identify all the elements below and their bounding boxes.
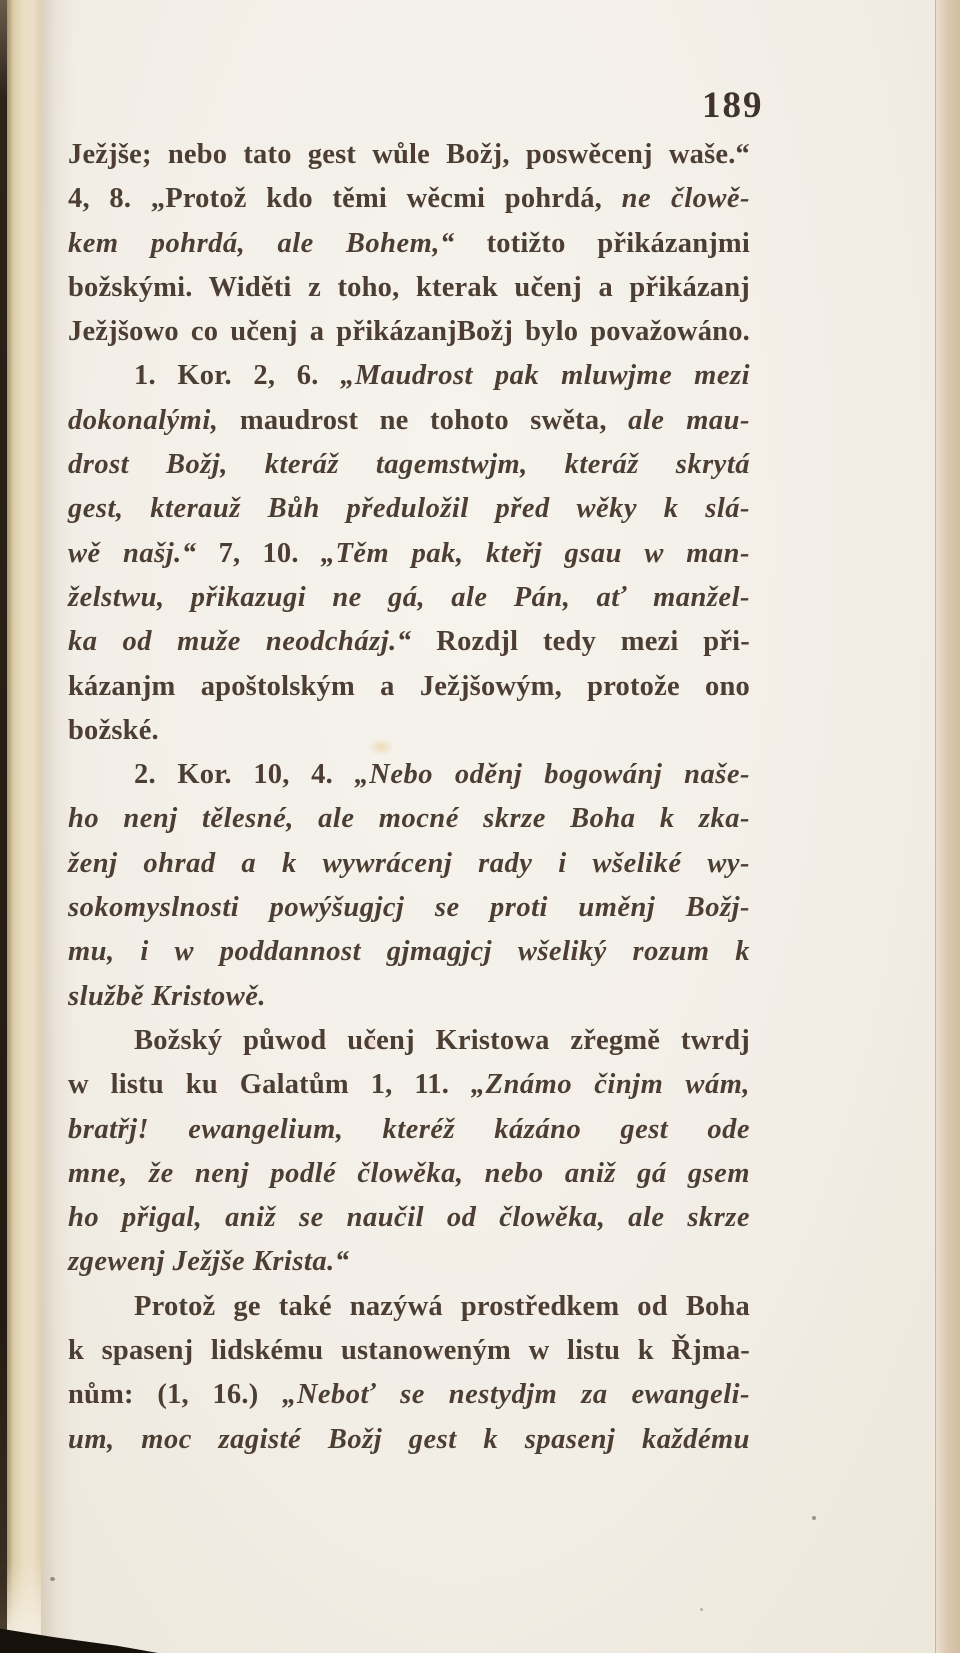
quote-text-run: kem pohrdá, ale Bohem,“: [68, 228, 455, 259]
quote-text-run: zgewenj Ježjše Krista.“: [68, 1246, 349, 1277]
text-line: mne, že nenj podlé člowěka, nebo aniž gá…: [68, 1152, 750, 1196]
book-page-scan: 189 Ježjše; nebo tato gest wůle Božj, po…: [0, 0, 960, 1653]
text-line: 1. Kor. 2, 6. „Maudrost pak mluwjme mezi: [68, 354, 750, 398]
quote-text-run: „Nebo oděnj bogowánj naše-: [355, 759, 750, 790]
text-line: dokonalými, maudrost ne tohoto swěta, al…: [68, 399, 750, 443]
quote-text-run: ženj ohrad a k wywrácenj rady i wšeliké …: [68, 848, 750, 879]
quote-text-run: bratřj! ewangelium, kteréž kázáno gest o…: [68, 1114, 750, 1145]
quote-text-run: „Těm pak, kteřj gsau w man-: [321, 538, 750, 569]
text-line: 2. Kor. 10, 4. „Nebo oděnj bogowánj naše…: [68, 753, 750, 797]
quote-text-run: „Známo činjm wám,: [471, 1069, 750, 1100]
text-line: wě našj.“ 7, 10. „Těm pak, kteřj gsau w …: [68, 532, 750, 576]
quote-text-run: dokonalými,: [68, 405, 218, 436]
body-text-run: Rozdjl tedy mezi při-: [436, 626, 750, 657]
page-edge-left: [7, 0, 41, 1653]
text-line: nům: (1, 16.) „Neboť se nestydjm za ewan…: [68, 1373, 750, 1417]
body-text-run: Ježjše; nebo tato gest wůle Božj, poswěc…: [68, 139, 750, 170]
text-line: kázanjm apoštolským a Ježjšowým, protože…: [68, 665, 750, 709]
text-line: božskými. Widěti z toho, kterak učenj a …: [68, 266, 750, 310]
page-number: 189: [702, 84, 764, 127]
quote-text-run: ale mau-: [628, 405, 750, 436]
text-line: um, moc zagisté Božj gest k spasenj každ…: [68, 1418, 750, 1462]
body-text-run: 1. Kor. 2, 6.: [134, 360, 319, 391]
quote-text-run: ne člowě-: [622, 183, 750, 214]
quote-text-run: drost Božj, kteráž tagemstwjm, kteráž sk…: [68, 449, 750, 480]
paper-speck: [700, 1608, 703, 1611]
text-line: Božský půwod učenj Kristowa zřegmě twrdj: [68, 1019, 750, 1063]
body-text-run: maudrost ne tohoto swěta,: [240, 405, 607, 436]
text-line: božské.: [68, 709, 750, 753]
page-edge-right: [935, 0, 960, 1653]
quote-text-run: službě Kristowě.: [68, 981, 266, 1012]
body-text-run: božskými. Widěti z toho, kterak učenj a …: [68, 272, 750, 303]
body-text-run: w listu ku Galatům 1, 11.: [68, 1069, 449, 1100]
text-line: w listu ku Galatům 1, 11. „Známo činjm w…: [68, 1063, 750, 1107]
quote-text-run: ho nenj tělesné, ale mocné skrze Boha k …: [68, 803, 750, 834]
body-text-run: 4, 8. „Protož kdo těmi wěcmi pohrdá,: [68, 183, 602, 214]
text-line: Ježjše; nebo tato gest wůle Božj, poswěc…: [68, 133, 750, 177]
text-line: ho přigal, aniž se naučil od člowěka, al…: [68, 1196, 750, 1240]
text-line: bratřj! ewangelium, kteréž kázáno gest o…: [68, 1108, 750, 1152]
quote-text-run: wě našj.“: [68, 538, 197, 569]
text-line: kem pohrdá, ale Bohem,“ totižto přikázan…: [68, 222, 750, 266]
body-text-run: Protož ge také nazýwá prostředkem od Boh…: [134, 1291, 750, 1322]
text-line: službě Kristowě.: [68, 975, 750, 1019]
text-line: drost Božj, kteráž tagemstwjm, kteráž sk…: [68, 443, 750, 487]
body-text-run: 7, 10.: [219, 538, 299, 569]
quote-text-run: mne, že nenj podlé člowěka, nebo aniž gá…: [68, 1158, 750, 1189]
text-line: Ježjšowo co učenj a přikázanjBožj bylo p…: [68, 310, 750, 354]
quote-text-run: um, moc zagisté Božj gest k spasenj každ…: [68, 1424, 750, 1455]
text-line: ho nenj tělesné, ale mocné skrze Boha k …: [68, 797, 750, 841]
quote-text-run: ka od muže neodcházj.“: [68, 626, 412, 657]
body-text-run: nům: (1, 16.): [68, 1379, 258, 1410]
quote-text-run: „Neboť se nestydjm za ewangeli-: [282, 1379, 750, 1410]
body-text-run: Božský půwod učenj Kristowa zřegmě twrdj: [134, 1025, 750, 1056]
quote-text-run: sokomyslnosti powýšugjcj se proti uměnj …: [68, 892, 750, 923]
quote-text-run: gest, kterauž Bůh předuložil před wěky k…: [68, 493, 750, 524]
text-line: gest, kterauž Bůh předuložil před wěky k…: [68, 487, 750, 531]
text-line: sokomyslnosti powýšugjcj se proti uměnj …: [68, 886, 750, 930]
text-line: ka od muže neodcházj.“ Rozdjl tedy mezi …: [68, 620, 750, 664]
body-text-run: totižto přikázanjmi: [487, 228, 750, 259]
quote-text-run: želstwu, přikazugi ne gá, ale Pán, ať ma…: [68, 582, 750, 613]
text-line: zgewenj Ježjše Krista.“: [68, 1240, 750, 1284]
text-line: k spasenj lidskému ustanoweným w listu k…: [68, 1329, 750, 1373]
quote-text-run: „Maudrost pak mluwjme mezi: [340, 360, 750, 391]
quote-text-run: ho přigal, aniž se naučil od člowěka, al…: [68, 1202, 750, 1233]
body-text-run: Ježjšowo co učenj a přikázanjBožj bylo p…: [68, 316, 750, 347]
body-text-run: kázanjm apoštolským a Ježjšowým, protože…: [68, 671, 750, 702]
text-line: želstwu, přikazugi ne gá, ale Pán, ať ma…: [68, 576, 750, 620]
paper-speck: [50, 1577, 55, 1581]
body-text-run: 2. Kor. 10, 4.: [134, 759, 333, 790]
book-spine-shadow: [0, 0, 7, 1653]
text-line: mu, i w poddannost gjmagjcj wšeliký rozu…: [68, 930, 750, 974]
quote-text-run: mu, i w poddannost gjmagjcj wšeliký rozu…: [68, 936, 750, 967]
body-text-run: k spasenj lidskému ustanoweným w listu k…: [68, 1335, 750, 1366]
paper-speck: [812, 1516, 816, 1520]
body-text-run: božské.: [68, 715, 159, 746]
text-line: Protož ge také nazýwá prostředkem od Boh…: [68, 1285, 750, 1329]
text-block: Ježjše; nebo tato gest wůle Božj, poswěc…: [68, 133, 750, 1462]
text-line: 4, 8. „Protož kdo těmi wěcmi pohrdá, ne …: [68, 177, 750, 221]
text-line: ženj ohrad a k wywrácenj rady i wšeliké …: [68, 842, 750, 886]
